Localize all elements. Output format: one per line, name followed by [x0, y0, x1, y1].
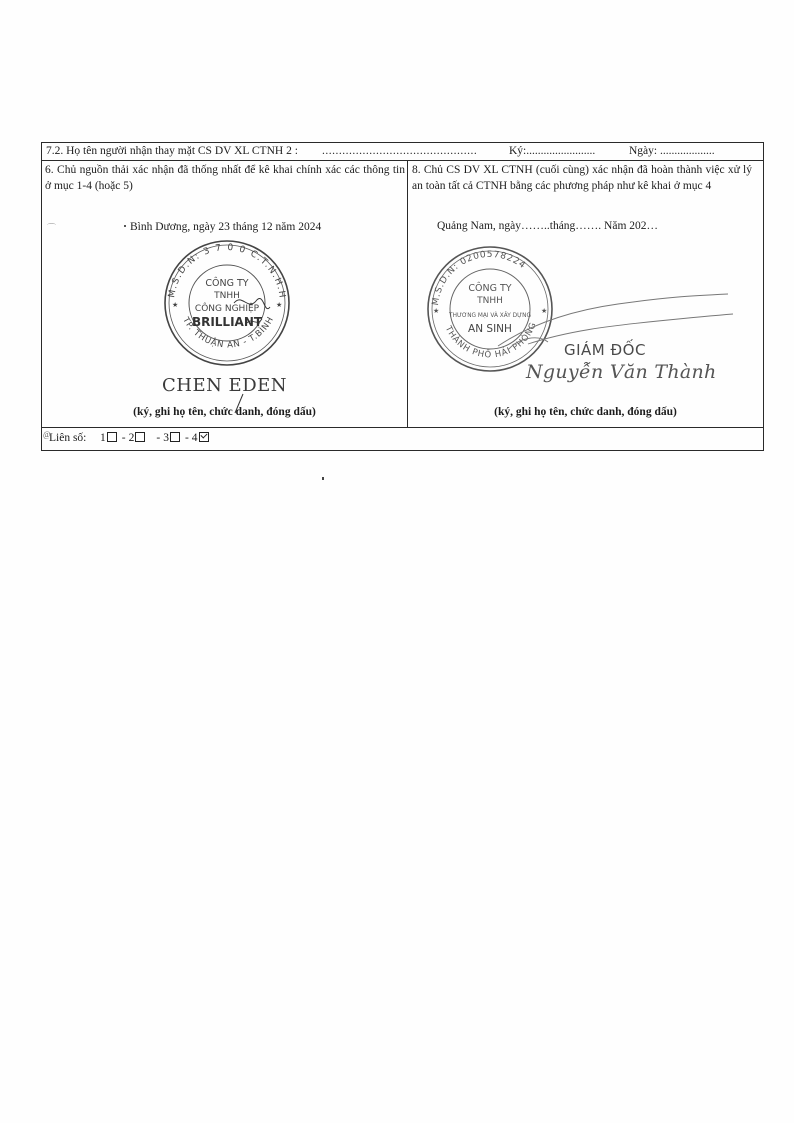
company-seal-brilliant: M.S.D.N: 3 7 0 0 C.T.N.H.H TP. THUẬN AN … — [152, 231, 302, 371]
seal-icon: M.S.D.N: 3 7 0 0 C.T.N.H.H TP. THUẬN AN … — [152, 231, 302, 371]
section-6-signer-name: CHEN EDEN — [42, 375, 407, 396]
scan-dot — [124, 225, 126, 227]
section-8-signer-title: GIÁM ĐỐC — [564, 341, 646, 359]
svg-text:★: ★ — [433, 307, 439, 315]
svg-text:TNHH: TNHH — [213, 291, 240, 301]
svg-text:★: ★ — [172, 301, 178, 309]
section-8-treatment-facility: 8. Chủ CS DV XL CTNH (cuối cùng) xác nhậ… — [408, 161, 763, 427]
checkbox-icon[interactable] — [107, 432, 117, 442]
checkbox-checked-icon[interactable] — [199, 432, 209, 442]
svg-text:★: ★ — [276, 301, 282, 309]
row-7-2-receiver: 7.2. Họ tên người nhận thay mặt CS DV XL… — [42, 143, 763, 161]
copy-option-1[interactable]: 1 — [100, 428, 117, 448]
scan-dot — [322, 477, 324, 480]
confirmation-row: 6. Chủ nguồn thải xác nhận đã thống nhất… — [42, 161, 763, 428]
copy-number-options: 1 - 2 - 3 - 4 — [100, 428, 211, 448]
copy-number-row: @ Liên số: 1 - 2 - 3 - 4 — [42, 428, 763, 450]
copy-number-label: Liên số: — [49, 428, 86, 448]
checkbox-icon[interactable] — [170, 432, 180, 442]
hazardous-waste-form-table: 7.2. Họ tên người nhận thay mặt CS DV XL… — [41, 142, 764, 451]
copy-option-3[interactable]: 3 — [163, 428, 180, 448]
checkbox-icon[interactable] — [135, 432, 145, 442]
document-page: 7.2. Họ tên người nhận thay mặt CS DV XL… — [0, 0, 794, 1123]
section-6-waste-owner: 6. Chủ nguồn thải xác nhận đã thống nhất… — [42, 161, 408, 427]
section-8-signature-caption: (ký, ghi họ tên, chức danh, đóng dấu) — [408, 406, 763, 418]
copy-option-4[interactable]: 4 — [192, 428, 209, 448]
copy-option-2[interactable]: 2 — [129, 428, 146, 448]
receiver-date-field: Ngày: ................... — [629, 143, 715, 160]
svg-text:BRILLIANT: BRILLIANT — [192, 315, 263, 329]
receiver-signature-field: Ký:........................ — [509, 143, 595, 160]
receiver-label: 7.2. Họ tên người nhận thay mặt CS DV XL… — [46, 143, 298, 160]
section-6-signature-caption: (ký, ghi họ tên, chức danh, đóng dấu) — [42, 406, 407, 418]
receiver-name-field: ........................................… — [322, 143, 477, 160]
svg-text:CÔNG TY: CÔNG TY — [205, 277, 248, 289]
section-6-heading: 6. Chủ nguồn thải xác nhận đã thống nhất… — [45, 162, 405, 194]
section-8-date-line: Quảng Nam, ngày……..tháng……. Năm 202… — [437, 220, 658, 232]
section-8-signer-name: Nguyễn Văn Thành — [526, 361, 717, 383]
scan-mark: ⌒ — [47, 221, 56, 234]
section-8-heading: 8. Chủ CS DV XL CTNH (cuối cùng) xác nhậ… — [412, 162, 752, 194]
